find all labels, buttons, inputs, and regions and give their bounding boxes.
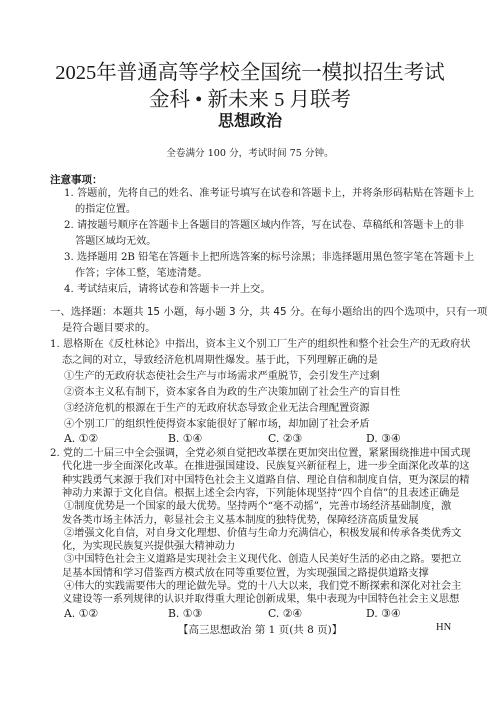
q2-statement-4-cont: 义建设等一系列规律的认识并取得重大理论创新成果，集中表现为中国特色社会主义思想 [62, 593, 459, 606]
exam-info: 全卷满分 100 分，考试时间 75 分钟。 [0, 145, 500, 159]
notice-heading: 注意事项： [50, 172, 103, 187]
q1-statement-4: ④个别工厂的组织性使得资本家能很好了解市场，却加剧了社会矛盾 [64, 418, 370, 431]
q2-statement-1-cont: 发各类市场主体活力，彰显社会主义基本制度的独特优势，保障经济高质量发展 [62, 514, 419, 527]
exam-title: 2025年普通高等学校全国统一模拟招生考试 [0, 55, 500, 85]
notice-item-4: 4. 考试结束后，请将试卷和答题卡一并上交。 [64, 283, 271, 296]
q1-statement-1: ①生产的无政府状态使社会生产与市场需求严重脱节，会引发生产过剩 [64, 370, 380, 383]
footer-code: HN [436, 622, 451, 633]
q2-option-a[interactable]: A. ①② [64, 607, 98, 620]
notice-item-1: 1. 答题前，先将自己的姓名、准考证号填写在试卷和答题卡上，并将条形码粘贴在答题… [64, 187, 474, 200]
q2-stem: 2. 党的二十届三中全会强调，全党必须自觉把改革摆在更加突出位置，紧紧围绕推进中… [50, 447, 470, 460]
notice-item-3-cont: 作答；字体工整，笔迹清楚。 [75, 267, 207, 280]
q1-option-b[interactable]: B. ①④ [168, 432, 202, 445]
q2-stem-cont-1: 代化进一步全面深化改革。在推进强国建设、民族复兴新征程上，进一步全面深化改革的这 [62, 460, 470, 473]
q2-stem-cont-2: 种实践勇气来源于我们对中国特色社会主义道路自信、理论自信和制度自信，更为深层的精 [62, 474, 470, 487]
q2-option-d[interactable]: D. ③④ [366, 607, 401, 620]
q1-option-c[interactable]: C. ②③ [268, 432, 302, 445]
q1-stem: 1. 恩格斯在《反杜林论》中指出，资本主义个别工厂生产的组织性和整个社会生产的无… [50, 338, 470, 351]
q2-stem-cont-3: 神动力来源于文化自信。根据上述全会内容，下列能体现坚持“四个自信”的且表述正确是 [62, 487, 460, 500]
section-heading: 一、选择题：本题共 15 小题，每小题 3 分，共 45 分。在每小题给出的四个… [50, 306, 487, 319]
q1-stem-cont: 态之间的对立，导致经济危机周期性爆发。基于此，下列理解正确的是 [62, 354, 378, 367]
subject-title: 思想政治 [0, 108, 500, 131]
q2-statement-2: ②增强文化自信，对自身文化理想、价值与生命力充满信心，积极发展和传承各类优秀文 [64, 527, 461, 540]
q2-statement-2-cont: 化，为实现民族复兴提供强大精神动力 [62, 540, 235, 553]
notice-item-3: 3. 选择题用 2B 铅笔在答题卡上把所选答案的标号涂黑；非选择题用黑色签字笔在… [64, 251, 474, 264]
notice-item-1-cont: 的指定位置。 [75, 203, 136, 216]
section-heading-cont: 是符合题目要求的。 [62, 322, 156, 335]
q2-option-c[interactable]: C. ②④ [268, 607, 302, 620]
q2-statement-3: ③中国特色社会主义道路是实现社会主义现代化、创造人民美好生活的必由之路。要把立 [64, 553, 461, 566]
q1-statement-2: ②资本主义私有制下，资本家各自为政的生产决策加剧了社会生产的盲目性 [64, 386, 400, 399]
q2-option-b[interactable]: B. ①③ [168, 607, 202, 620]
notice-item-2-cont: 答题区域均无效。 [75, 235, 157, 248]
q2-statement-4: ④伟大的实践需要伟大的理论做先导。党的十八大以来，我们党不断探索和深化对社会主 [64, 580, 461, 593]
q1-option-d[interactable]: D. ③④ [366, 432, 401, 445]
q2-statement-1: ①制度优势是一个国家的最大优势。坚持两个“毫不动摇”，完善市场经济基础制度，激 [64, 500, 451, 513]
q1-option-a[interactable]: A. ①② [64, 432, 98, 445]
q1-statement-3: ③经济危机的根源在于生产的无政府状态导致企业无法合理配置资源 [64, 402, 370, 415]
q2-statement-3-cont: 足基本国情和学习借鉴西方模式放在同等重要位置，为实现强国之路提供道路支撑 [62, 567, 429, 580]
page-footer: 【高三思想政治 第 1 页(共 8 页)】 [178, 622, 342, 637]
notice-item-2: 2. 请按题号顺序在答题卡上各题目的答题区域内作答，写在试卷、草稿纸和答题卡上的… [64, 219, 464, 232]
